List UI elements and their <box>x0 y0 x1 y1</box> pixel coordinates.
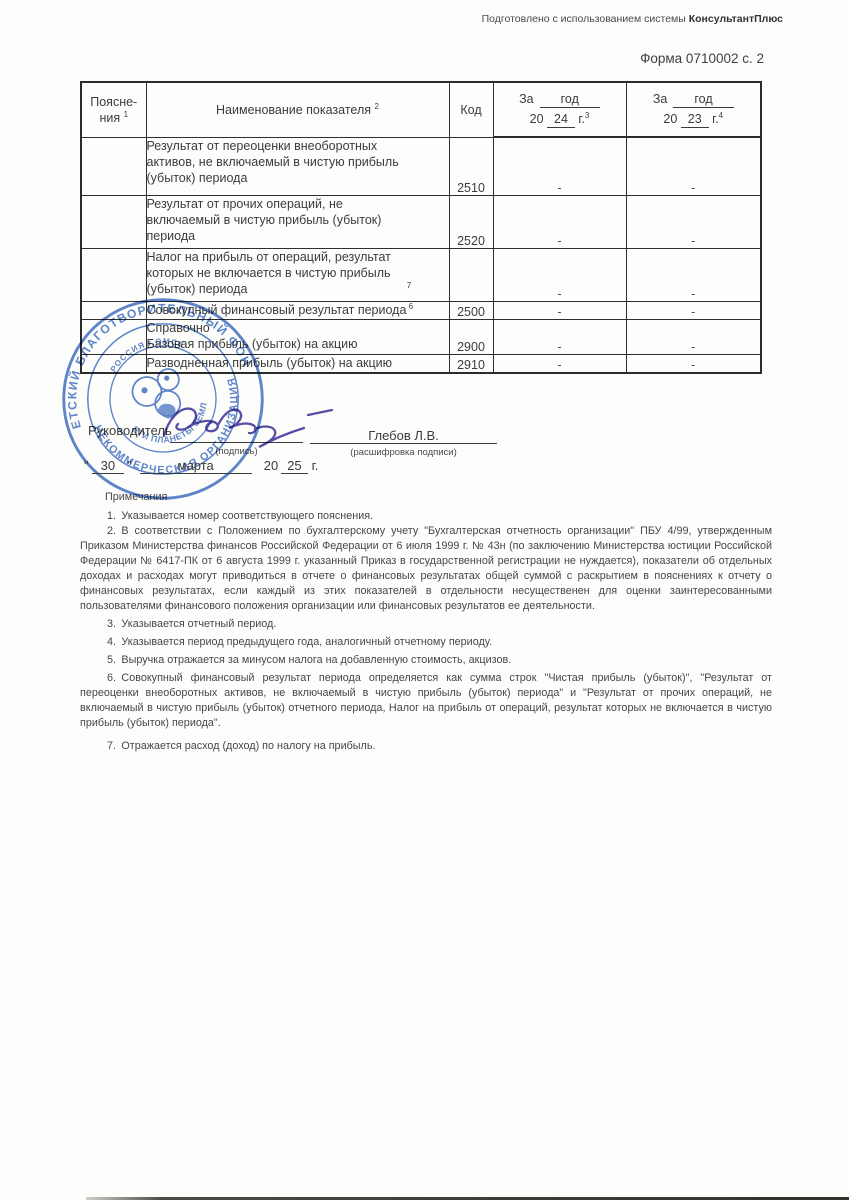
signer-name-caption: (расшифровка подписи) <box>310 447 497 458</box>
svg-text:РОССИЯ г.ОМСК: РОССИЯ г.ОМСК <box>104 327 188 376</box>
value-2023-cell: - <box>626 248 761 301</box>
date-row: "30"марта2025г. <box>84 458 318 474</box>
footnote-item: 7. Отражается расход (доход) по налогу н… <box>80 739 772 754</box>
value-2024-cell: - <box>493 195 626 248</box>
footnote-item: 3. Указывается отчетный период. <box>80 617 772 632</box>
value-2023-cell: - <box>626 319 761 354</box>
close-quote: " <box>127 458 132 473</box>
consultantplus-brand: КонсультантПлюс <box>689 13 783 25</box>
signer-name-line <box>310 443 497 444</box>
stamp-inner-top-text: РОССИЯ г.ОМСК <box>104 327 188 376</box>
column-header-explanations: Поясне- ния 1 <box>81 82 146 137</box>
table-row: Результат от переоценки внеоборотных акт… <box>81 137 761 195</box>
value-2023-cell: - <box>626 354 761 373</box>
date-month: марта <box>140 458 252 474</box>
footnote-item: 4. Указывается период предыдущего года, … <box>80 635 772 650</box>
prepared-with-note: Подготовлено с использованием системы Ко… <box>482 13 783 25</box>
footnote-item: 5. Выручка отражается за минусом налога … <box>80 653 772 668</box>
footnotes-section: Примечания 1. Указывается номер соответс… <box>80 490 772 754</box>
value-2024-cell: - <box>493 354 626 373</box>
value-2023-cell: - <box>626 301 761 319</box>
indicator-name-cell: Результат от переоценки внеоборотных акт… <box>146 137 449 195</box>
open-quote: " <box>84 458 89 473</box>
code-cell: 2510 <box>449 137 493 195</box>
explanations-cell <box>81 137 146 195</box>
value-2023-cell: - <box>626 137 761 195</box>
column-header-period-2024: Загод 20 24 г.3 <box>493 82 626 137</box>
handwritten-signature <box>152 398 337 456</box>
table-row: Результат от прочих операций, не включае… <box>81 195 761 248</box>
scanned-document-page: Подготовлено с использованием системы Ко… <box>0 0 849 1200</box>
code-cell: 2910 <box>449 354 493 373</box>
footnotes-list: 1. Указывается номер соответствующего по… <box>80 509 772 754</box>
column-header-indicator: Наименование показателя 2 <box>146 82 449 137</box>
indicator-name-cell: Результат от прочих операций, не включае… <box>146 195 449 248</box>
footnote-item: 1. Указывается номер соответствующего по… <box>80 509 772 524</box>
form-number-label: Форма 0710002 с. 2 <box>640 51 764 66</box>
value-2024-cell: - <box>493 319 626 354</box>
scan-artifact-bottom-edge <box>86 1197 849 1200</box>
value-2023-cell: - <box>626 195 761 248</box>
code-cell: 2500 <box>449 301 493 319</box>
signer-name: Глебов Л.В. <box>312 428 495 443</box>
column-header-code: Код <box>449 82 493 137</box>
date-day: 30 <box>92 458 124 474</box>
date-century: 20 <box>264 458 278 473</box>
footnote-item: 6. Совокупный финансовый результат перио… <box>80 671 772 731</box>
date-year: 25 <box>281 458 307 474</box>
value-2024-cell: - <box>493 248 626 301</box>
explanations-cell <box>81 195 146 248</box>
column-header-period-2023: Загод 20 23 г.4 <box>626 82 761 137</box>
code-cell <box>449 248 493 301</box>
code-cell: 2520 <box>449 195 493 248</box>
code-cell: 2900 <box>449 319 493 354</box>
value-2024-cell: - <box>493 137 626 195</box>
footnote-item: 2. В соответствии с Положением по бухгал… <box>80 524 772 614</box>
date-suffix: г. <box>312 458 319 473</box>
value-2024-cell: - <box>493 301 626 319</box>
table-header-row: Поясне- ния 1 Наименование показателя 2 … <box>81 82 761 137</box>
